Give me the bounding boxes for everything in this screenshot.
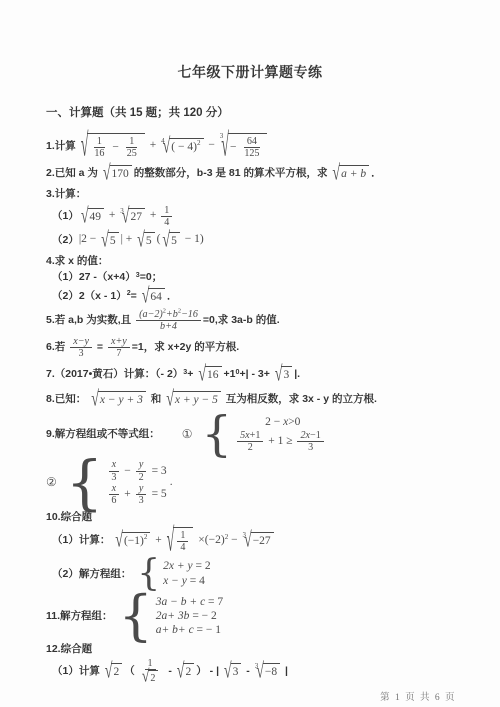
equation-system: {x3 − y2 = 3x6 + y3 = 5 [66, 458, 167, 508]
text-run: （ [124, 665, 135, 678]
system-rows: 2 − x>05x+12 + 1 ≥ 2x−13 [235, 415, 326, 453]
problem-line: 12.综合题 [46, 643, 500, 656]
text-run: |. [294, 368, 300, 381]
text-run: 11.解方程组： [46, 610, 115, 623]
text-run: 1.计算 [46, 140, 79, 153]
radicand: 2 [148, 670, 158, 684]
radical: 3√−27 [243, 532, 274, 549]
problem-line: 9.解方程组或不等式组：①{2 − x>05x+12 + 1 ≥ 2x−13 [46, 414, 500, 455]
text-run: 1 [97, 136, 102, 147]
fraction: 1√2 [137, 658, 164, 685]
radicand: 2 [183, 663, 194, 680]
text-run: x − y [163, 574, 187, 588]
system-brace: { [118, 593, 152, 639]
text-run: a + b [341, 168, 366, 180]
superscript: 2 [197, 139, 201, 147]
text-run: + [106, 209, 118, 223]
problem-line: 3.计算： [46, 188, 500, 201]
circled-number: ② [46, 475, 57, 489]
radical-index: 3 [243, 531, 247, 539]
text-run: x+y [111, 336, 127, 347]
radicand: 116 − 125 [87, 133, 144, 159]
text-run: =1，求 x+2y 的平方根. [132, 341, 239, 354]
text-run: 1 [180, 530, 185, 541]
radical-sign: √ [162, 232, 170, 249]
fraction: 116 [91, 136, 107, 159]
denominator: 3 [136, 495, 147, 506]
denominator: 4 [177, 542, 188, 553]
radical-index: 3 [120, 207, 124, 215]
text-run: 3 [283, 369, 289, 381]
equation-system: {2 − x>05x+12 + 1 ≥ 2x−13 [202, 414, 326, 455]
text-run: ×(−2) [195, 534, 224, 548]
radicand: x − y + 3 [98, 391, 146, 408]
radical-index: 4 [161, 137, 165, 145]
numerator: 1 [161, 205, 172, 217]
radical: 3√− 64125 [220, 133, 268, 159]
text-run: 5 [146, 235, 152, 247]
text-run: 170 [112, 168, 129, 180]
text-run: −16 [181, 309, 198, 320]
text-run: +1 [224, 368, 236, 381]
fraction: (a−2)2+b2−16b+4 [136, 309, 201, 332]
text-run: 16 [207, 369, 219, 381]
text-run: =0,求 3a-b 的值. [203, 314, 280, 327]
text-run: 3 [139, 495, 144, 506]
radical: 4√( − 4)2 [161, 138, 203, 155]
text-run: = [94, 341, 106, 354]
text-run: − [121, 464, 133, 478]
text-run: = 7 [205, 595, 223, 609]
radical-sign: √ [137, 232, 145, 249]
radical-sign: √ [332, 165, 340, 182]
text-run: = 2 [193, 559, 211, 573]
radicand: x + y − 5 [173, 391, 221, 408]
text-run: （2） [52, 234, 79, 247]
denominator: 3 [76, 348, 87, 359]
text-run: = 5 [149, 487, 167, 501]
denominator: 7 [113, 348, 124, 359]
text-run: ． [371, 167, 382, 180]
radicand: 3 [281, 366, 292, 383]
text-run: x − y + 3 [100, 394, 143, 406]
text-run: x−y [73, 336, 89, 347]
radical: 3√−8 [255, 663, 280, 680]
text-run: ( − 4) [171, 141, 197, 153]
denominator: 4 [161, 217, 172, 228]
text-run: = [131, 290, 140, 303]
numerator: y [136, 483, 147, 495]
text-run: 4.求 x 的值： [46, 255, 108, 268]
numerator: 1 [126, 136, 137, 148]
text-run: − [109, 141, 121, 153]
radical-sign: √ [177, 663, 185, 680]
text-run: + [152, 534, 164, 548]
radical: √x + y − 5 [166, 391, 221, 408]
denominator: 25 [124, 148, 140, 159]
text-run: y [139, 483, 144, 494]
numerator: 1 [177, 530, 188, 542]
denominator: 2 [136, 472, 147, 483]
problem-line: 4.求 x 的值： [46, 255, 500, 268]
radical-sign: √ [224, 663, 232, 680]
text-run: y [139, 459, 144, 470]
text-run: 3a − b + c [156, 595, 205, 609]
radical: √14 [167, 527, 194, 553]
radical-sign: √ [142, 670, 150, 684]
radical-sign: √ [103, 165, 111, 182]
text-run: + [147, 209, 159, 223]
text-run: 5 [171, 235, 177, 247]
radicand: 14 [173, 527, 193, 553]
fraction: 125 [124, 136, 140, 159]
fraction: x6 [108, 483, 119, 506]
text-run: 9.解方程组或不等式组： [46, 428, 160, 441]
radical: √3 [275, 366, 292, 383]
text-run: −1 [310, 430, 321, 441]
text-run: b+4 [160, 321, 177, 332]
radical: √3 [224, 663, 241, 680]
text-run: 和 [148, 393, 164, 406]
text-run: 4 [180, 542, 185, 553]
problem-line: （1）计算 √2（1√2 - √2） - | √3 - 3√−8 | [52, 658, 500, 685]
numerator: (a−2)2+b2−16 [136, 309, 201, 321]
text-run: 8.已知： [46, 393, 89, 406]
denominator: 6 [108, 495, 119, 506]
system-row: 3a − b + c = 7 [156, 595, 223, 609]
denominator: 16 [91, 148, 107, 159]
radicand: −8 [263, 663, 280, 680]
problem-line: （1）27 -（x+4）3=0； [52, 271, 500, 284]
system-rows: 2x + y = 2x − y = 4 [163, 559, 210, 588]
text-run: 5 [110, 235, 116, 247]
text-run: 6 [111, 495, 116, 506]
system-row: 2 − x>0 [265, 415, 300, 429]
text-run: x [112, 483, 117, 494]
denominator: b+4 [157, 321, 180, 332]
text-run: 2.已知 a 为 [46, 167, 101, 180]
text-run: 2 [248, 442, 253, 453]
text-run: − [206, 139, 218, 153]
text-run: + 1 ≥ [265, 434, 295, 448]
numerator: x+y [108, 336, 130, 348]
text-run: 64 [150, 291, 162, 303]
text-run: （1） [52, 210, 79, 223]
text-run: 2a+ 3b [156, 609, 190, 623]
radical-sign: √ [115, 532, 123, 549]
text-run: |2 − [79, 233, 99, 247]
radical: √116 − 125 [81, 133, 145, 159]
numerator: 2x−1 [297, 430, 323, 442]
problem-line: 8.已知： √x − y + 3 和 √x + y − 5 互为相反数，求 3x… [46, 391, 500, 408]
radical: √5 [137, 232, 154, 249]
text-run: 27 [130, 211, 142, 223]
radical-index: 3 [220, 132, 224, 140]
circled-number: ① [182, 427, 193, 441]
radical: √64 [142, 288, 165, 305]
text-run: a+ b+ c [156, 623, 194, 637]
problem-line: 2.已知 a 为 √170的整数部分，b-3 是 81 的算术平方根，求 √a … [46, 165, 500, 182]
problem-line: 6.若 x−y3 = x+y7=1，求 x+2y 的平方根. [46, 336, 500, 359]
fraction: x−y3 [70, 336, 92, 359]
fraction: x3 [108, 459, 119, 482]
equation-system: {3a − b + c = 72a+ 3b = − 2a+ b+ c = − 1 [118, 593, 223, 639]
problem-list: 1.计算 √116 − 125 + 4√( − 4)2 − 3√− 641252… [0, 133, 500, 685]
text-run: + [147, 139, 159, 153]
text-run: (a−2) [139, 309, 163, 320]
system-row: 2a+ 3b = − 2 [156, 609, 217, 623]
denominator: √2 [137, 670, 164, 685]
text-run: − [230, 141, 239, 153]
text-run: 12.综合题 [46, 643, 92, 656]
text-run: ） - | [196, 665, 222, 678]
numerator: x [109, 459, 120, 471]
text-run: | + [121, 233, 136, 247]
problem-line: 11.解方程组： {3a − b + c = 72a+ 3b = − 2a+ b… [46, 593, 500, 639]
fraction: 2x−13 [297, 430, 323, 453]
text-run: 6.若 [46, 341, 68, 354]
text-run: −27 [253, 535, 271, 547]
radicand: (−1)2 [122, 532, 150, 549]
radicand: − 64125 [228, 133, 268, 159]
text-run: （1）27 -（x+4） [52, 271, 136, 284]
text-run: x [112, 459, 117, 470]
text-run: − 1) [182, 233, 204, 247]
radicand: 49 [88, 208, 105, 225]
system-row: 5x+12 + 1 ≥ 2x−13 [235, 430, 326, 453]
text-run: 7 [116, 348, 121, 359]
system-row: x6 + y3 = 5 [106, 483, 166, 506]
text-run: 3 [111, 472, 116, 483]
fraction: 14 [177, 530, 188, 553]
numerator: y [136, 459, 147, 471]
text-run: （1）计算： [52, 534, 113, 547]
radical-sign: √ [91, 391, 99, 408]
radical-sign: √ [198, 366, 206, 383]
text-run: 3 [79, 348, 84, 359]
system-brace: { [202, 414, 233, 455]
system-row: 2x + y = 2 [163, 559, 210, 573]
text-run: >0 [288, 415, 300, 429]
fraction: y2 [136, 459, 147, 482]
fraction: y3 [136, 483, 147, 506]
text-run: 4 [164, 217, 169, 228]
problem-line: （1）√49 + 3√27 + 14 [52, 205, 500, 228]
text-run: 1 [164, 205, 169, 216]
radical: √16 [198, 366, 221, 383]
text-run: 64 [247, 136, 257, 147]
text-run: = 4 [187, 574, 205, 588]
text-run: 2 [185, 666, 191, 678]
numerator: 5x+1 [237, 430, 263, 442]
system-brace: { [66, 458, 104, 508]
fraction: 64125 [241, 136, 262, 159]
radical: √2 [105, 663, 122, 680]
problem-line: ②{x3 − y2 = 3x6 + y3 = 5. [46, 458, 500, 508]
problem-line: （2）2（x - 1）2= √64． [52, 288, 500, 305]
text-run: | [282, 665, 288, 678]
denominator: 3 [108, 472, 119, 483]
radicand: a + b [339, 165, 369, 182]
radical-sign: √ [105, 663, 113, 680]
radical-sign: √ [142, 288, 150, 305]
system-rows: 3a − b + c = 72a+ 3b = − 2a+ b+ c = − 1 [156, 595, 223, 638]
text-run: 2x + y [163, 559, 192, 573]
radical: √x − y + 3 [91, 391, 146, 408]
radical: √49 [81, 208, 104, 225]
text-run: （2）解方程组： [52, 568, 134, 581]
numerator: x [109, 483, 120, 495]
radicand: 2 [111, 663, 122, 680]
text-run: 49 [90, 211, 102, 223]
text-run: −8 [265, 666, 277, 678]
radicand: −27 [251, 532, 274, 549]
text-run: - [165, 665, 174, 678]
system-row: x3 − y2 = 3 [106, 459, 166, 482]
problem-line: （1）计算： √(−1)2 + √14 ×(−2)2 − 3√−27 [52, 527, 500, 553]
text-run: + [121, 487, 133, 501]
text-run: 2 [113, 666, 119, 678]
text-run: − [228, 534, 240, 548]
radical-sign: √ [81, 134, 89, 160]
problem-line: （2）|2 − √5| + √5(√5 − 1) [52, 232, 500, 249]
fraction: 14 [161, 205, 172, 228]
section-header: 一、计算题（共 15 题；共 120 分） [46, 104, 500, 120]
text-run: ( [157, 233, 161, 247]
numerator: 64 [244, 136, 260, 148]
text-run: 3.计算： [46, 188, 86, 201]
text-run: 25 [127, 148, 137, 159]
radicand: 5 [144, 232, 155, 249]
problem-line: 10.综合题 [46, 511, 500, 524]
system-row: a+ b+ c = − 1 [156, 623, 221, 637]
text-run: +1 [250, 430, 261, 441]
text-run: （1）计算 [52, 665, 103, 678]
page-number: 第 1 页 共 6 页 [0, 689, 456, 703]
text-run: 16 [94, 148, 104, 159]
radicand: 5 [108, 232, 119, 249]
system-row: x − y = 4 [163, 574, 205, 588]
text-run: 3 [233, 666, 239, 678]
radical: √a + b [332, 165, 369, 182]
text-run: 7.（2017•黄石）计算：（- 2） [46, 368, 183, 381]
radical-sign: √ [166, 391, 174, 408]
radical-sign: √ [275, 366, 283, 383]
text-run: = 3 [149, 464, 167, 478]
radical-sign: √ [81, 208, 89, 225]
text-run: +b [166, 309, 178, 320]
radical: √170 [103, 165, 132, 182]
text-run: 互为相反数，求 3x - y 的立方根. [223, 393, 377, 406]
radicand: 64 [148, 288, 165, 305]
text-run: 5.若 a,b 为实数,且 [46, 314, 134, 327]
text-run: 2 [150, 673, 155, 684]
radicand: 27 [128, 208, 145, 225]
denominator: 3 [305, 442, 316, 453]
fraction: 5x+12 [237, 430, 263, 453]
system-rows: x3 − y2 = 3x6 + y3 = 5 [106, 459, 166, 506]
radicand: 16 [205, 366, 222, 383]
text-run: (−1) [124, 535, 144, 547]
text-run: x + y − 5 [175, 394, 218, 406]
radical: √2 [177, 663, 194, 680]
denominator: 2 [245, 442, 256, 453]
radical: √(−1)2 [115, 532, 150, 549]
text-run: + [187, 368, 196, 381]
problem-line: 7.（2017•黄石）计算：（- 2）3+ √16+10+| - 3+ √3|. [46, 366, 500, 383]
text-run: 1 [129, 136, 134, 147]
radical: 3√27 [120, 208, 145, 225]
numerator: 1 [94, 136, 105, 148]
text-run: 10.综合题 [46, 511, 92, 524]
numerator: x−y [70, 336, 92, 348]
radical-index: 3 [255, 662, 259, 670]
text-run: 5x [240, 430, 250, 441]
radical: √2 [142, 670, 159, 684]
radicand: ( − 4)2 [169, 138, 203, 155]
text-run: 125 [244, 148, 259, 159]
text-run: 3 [308, 442, 313, 453]
text-run: 2 − [265, 415, 283, 429]
text-run: - [243, 665, 252, 678]
radical: √5 [162, 232, 179, 249]
text-run: （2）2（x - 1） [52, 290, 127, 303]
radical-sign: √ [167, 529, 175, 555]
text-run: 2 [139, 472, 144, 483]
text-run: =0； [140, 271, 162, 284]
text-run: = − 2 [189, 609, 216, 623]
superscript: 2 [144, 533, 148, 541]
worksheet-page: 七年级下册计算题专练 一、计算题（共 15 题；共 120 分） 1.计算 √1… [0, 0, 500, 707]
text-run: . [170, 476, 173, 490]
text-run: = − 1 [194, 623, 221, 637]
problem-line: 5.若 a,b 为实数,且 (a−2)2+b2−16b+4=0,求 3a-b 的… [46, 309, 500, 332]
problem-line: 1.计算 √116 − 125 + 4√( − 4)2 − 3√− 64125 [46, 133, 500, 159]
fraction: x+y7 [108, 336, 130, 359]
text-run: 2x [300, 430, 310, 441]
radicand: 5 [169, 232, 180, 249]
text-run: 的整数部分，b-3 是 81 的算术平方根，求 [134, 167, 331, 180]
radicand: 170 [110, 165, 132, 182]
radical: √5 [101, 232, 118, 249]
text-run: ． [167, 290, 178, 303]
radical-sign: √ [101, 232, 109, 249]
radicand: 3 [231, 663, 242, 680]
denominator: 125 [241, 148, 262, 159]
page-title: 七年级下册计算题专练 [0, 62, 500, 82]
text-run: +| - 3+ [239, 368, 272, 381]
